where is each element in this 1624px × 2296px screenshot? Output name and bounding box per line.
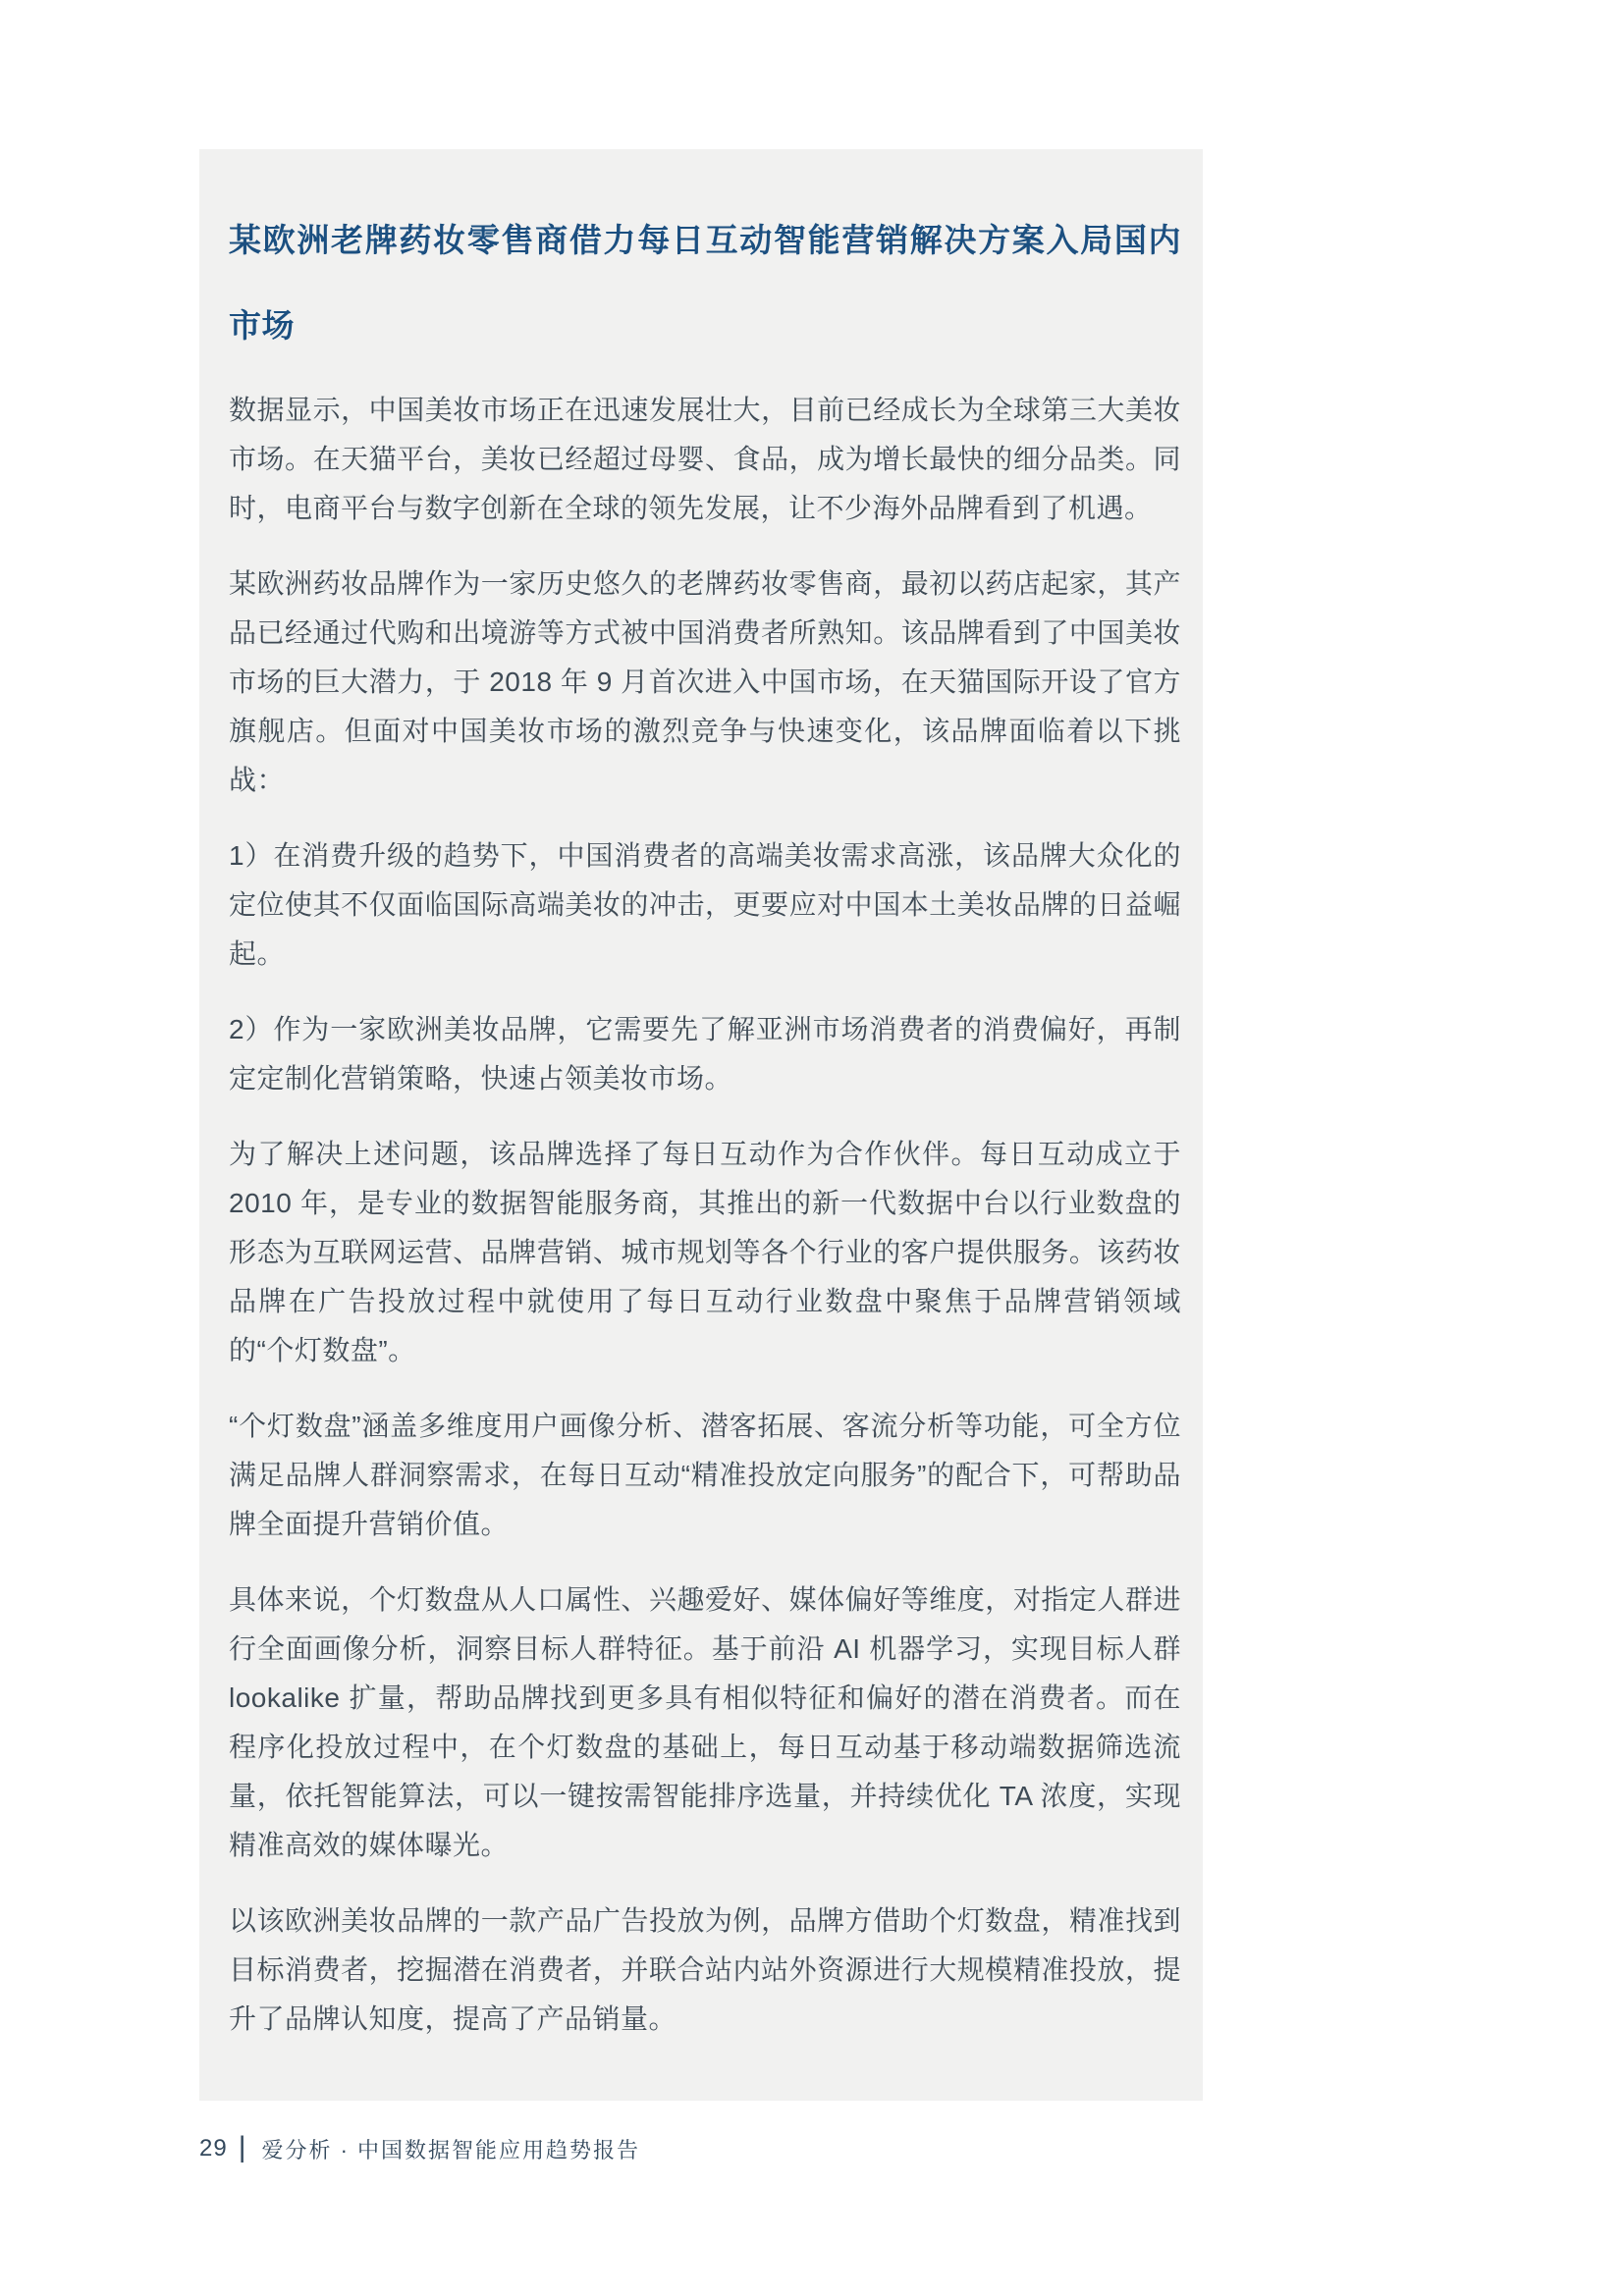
body-paragraph: 某欧洲药妆品牌作为一家历史悠久的老牌药妆零售商，最初以药店起家，其产品已经通过代… (229, 560, 1181, 805)
case-study-card: 某欧洲老牌药妆零售商借力每日互动智能营销解决方案入局国内市场 数据显示，中国美妆… (199, 149, 1203, 2101)
page-number: 29 (199, 2135, 228, 2163)
case-study-body: 数据显示，中国美妆市场正在迅速发展壮大，目前已经成长为全球第三大美妆市场。在天猫… (229, 386, 1181, 2044)
body-paragraph: 为了解决上述问题，该品牌选择了每日互动作为合作伙伴。每日互动成立于 2010 年… (229, 1130, 1181, 1375)
body-paragraph: 2）作为一家欧洲美妆品牌，它需要先了解亚洲市场消费者的消费偏好，再制定定制化营销… (229, 1005, 1181, 1103)
body-paragraph: “个灯数盘”涵盖多维度用户画像分析、潜客拓展、客流分析等功能，可全方位满足品牌人… (229, 1402, 1181, 1549)
footer-separator: | (239, 2131, 246, 2164)
body-paragraph: 以该欧洲美妆品牌的一款产品广告投放为例，品牌方借助个灯数盘，精准找到目标消费者，… (229, 1896, 1181, 2044)
body-paragraph: 具体来说，个灯数盘从人口属性、兴趣爱好、媒体偏好等维度，对指定人群进行全面画像分… (229, 1575, 1181, 1870)
page-footer: 29 | 爱分析 · 中国数据智能应用趋势报告 (199, 2132, 640, 2165)
report-title: 爱分析 · 中国数据智能应用趋势报告 (262, 2134, 641, 2164)
body-paragraph: 数据显示，中国美妆市场正在迅速发展壮大，目前已经成长为全球第三大美妆市场。在天猫… (229, 386, 1181, 533)
report-page: { "card": { "title": "某欧洲老牌药妆零售商借力每日互动智能… (0, 0, 1624, 2296)
page-title: 某欧洲老牌药妆零售商借力每日互动智能营销解决方案入局国内市场 (229, 197, 1181, 368)
body-paragraph: 1）在消费升级的趋势下，中国消费者的高端美妆需求高涨，该品牌大众化的定位使其不仅… (229, 831, 1181, 979)
